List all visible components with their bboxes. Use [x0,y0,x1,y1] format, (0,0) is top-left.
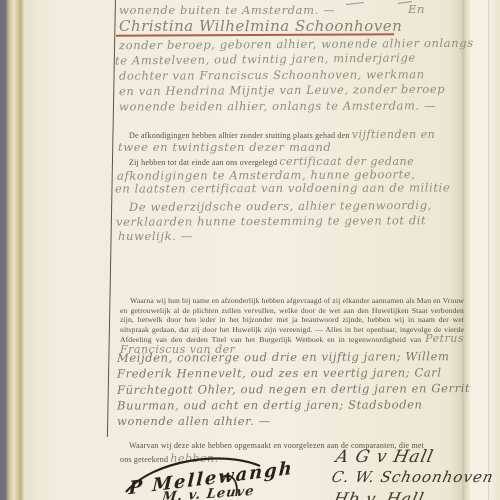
handwritten-line: wonende buiten te Amsterdam. — [119,3,335,17]
handwritten-line: Meijden, concierge oud drie en vijftig j… [117,349,450,365]
handwritten-line: verklaarden hunne toestemming te geven t… [116,213,426,229]
page-crease [488,0,489,500]
printed-text: De afkondigingen hebben alhier zonder st… [129,131,350,140]
adjacent-page-edge [462,0,500,500]
handwritten-line: De wederzijdsche ouders, alhier tegenwoo… [129,198,432,214]
bride-name: Christina Wilhelmina Schoonhoven [119,17,402,35]
document-scan: wonende buiten te Amsterdam. — En Christ… [0,0,500,500]
printed-text: Zij hebben tot dat einde aan ons overgel… [129,158,277,167]
printed-line: Zij hebben tot dat einde aan ons overgel… [129,155,414,168]
handwritten-insert: certificaat der gedane [279,155,414,168]
handwritten-line: Frederik Hennevelt, oud zes en veertig j… [117,365,442,380]
book-spine-edge [6,0,24,500]
vows-paragraph: Waarna wij hun bij name en afzonderlijk … [120,296,464,356]
handwritten-line: Fürchtegott Ohler, oud negen en dertig j… [117,381,470,397]
handwritten-line: wonende allen alhier. — [117,414,271,428]
handwritten-line: en van Hendrina Mijntje van Leuve, zonde… [119,82,445,98]
printed-text: Waarna wij hun bij name en afzonderlijk … [120,296,464,344]
handwritten-line: En [408,2,425,16]
handwritten-line: en laatsten certificaat van voldoening a… [115,180,450,195]
signature-right-3: Hb v. Hall [332,489,426,500]
handwritten-line: dochter van Franciscus Schoonhoven, werk… [119,67,425,83]
handwritten-insert: vijftienden en [352,128,435,141]
handwritten-line: twee en twintigsten dezer maand [118,140,331,154]
handwritten-line: Buurman, oud acht en dertig jaren; Stads… [117,397,423,412]
handwritten-line: huwelijk. — [118,229,193,243]
handwritten-line: wonende beiden alhier, onlangs te Amster… [119,98,436,113]
signature-right-1: A G v Hall [334,447,436,467]
signature-right-2: C. W. Schoonhoven [330,468,495,486]
handwritten-line: zonder beroep, geboren alhier, wonende a… [119,36,474,52]
